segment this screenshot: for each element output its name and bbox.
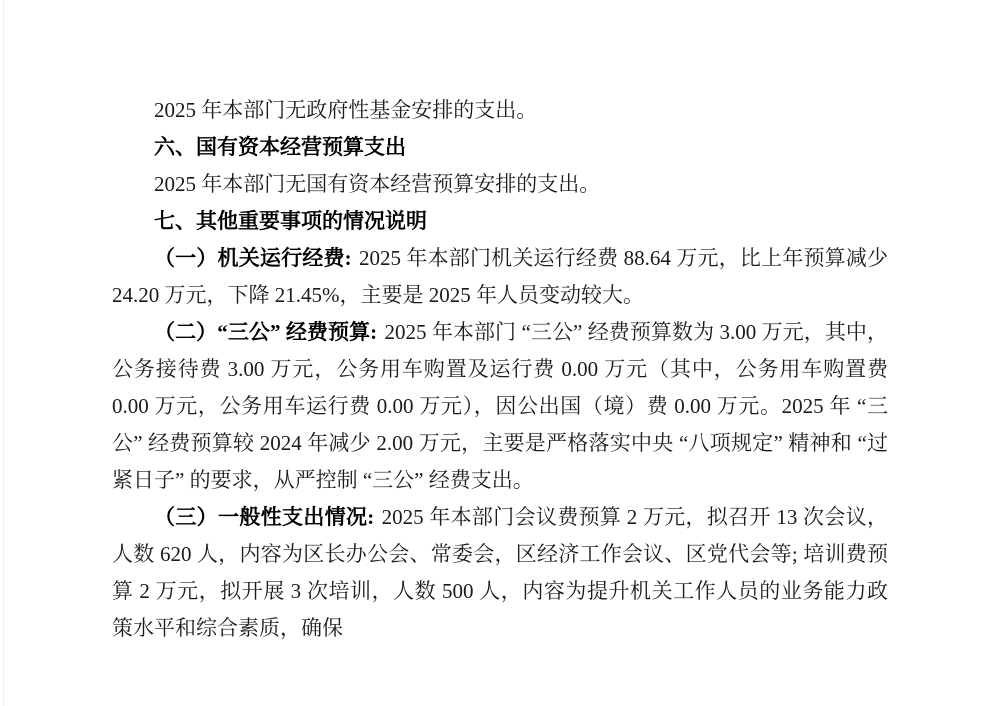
paragraph-three-public-budget-text: 2025 年本部门 “三公” 经费预算数为 3.00 万元，其中，公务接待费 3…: [112, 320, 888, 492]
heading-section-six: 六、国有资本经营预算支出: [112, 129, 888, 166]
heading-section-seven: 七、其他重要事项的情况说明: [112, 203, 888, 240]
paragraph-state-capital: 2025 年本部门无国有资本经营预算安排的支出。: [112, 166, 888, 203]
paragraph-agency-operating-expense-label: （一）机关运行经费:: [154, 246, 352, 270]
paragraph-government-fund: 2025 年本部门无政府性基金安排的支出。: [112, 92, 888, 129]
paragraph-three-public-budget-label: （二）“三公” 经费预算:: [154, 320, 377, 344]
paragraph-general-expenditure-label: （三）一般性支出情况:: [154, 505, 374, 529]
paragraph-agency-operating-expense: （一）机关运行经费:2025 年本部门机关运行经费 88.64 万元，比上年预算…: [112, 240, 888, 314]
document-page: 2025 年本部门无政府性基金安排的支出。 六、国有资本经营预算支出 2025 …: [0, 0, 1000, 706]
paragraph-general-expenditure: （三）一般性支出情况:2025 年本部门会议费预算 2 万元，拟召开 13 次会…: [112, 499, 888, 647]
paragraph-three-public-budget: （二）“三公” 经费预算:2025 年本部门 “三公” 经费预算数为 3.00 …: [112, 314, 888, 499]
page-left-edge-line: [3, 0, 4, 706]
document-content: 2025 年本部门无政府性基金安排的支出。 六、国有资本经营预算支出 2025 …: [112, 92, 888, 647]
